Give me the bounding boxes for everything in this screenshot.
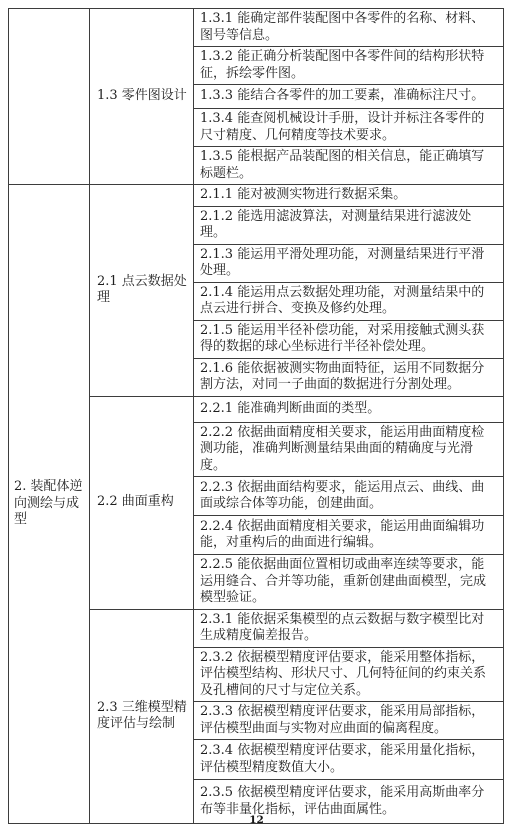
requirement-cell-1-3-1: 1.3.1 能确定部件装配图中各零件的名称、材料、图号等信息。 — [194, 9, 504, 47]
document-page: 1.3 零件图设计 1.3.1 能确定部件装配图中各零件的名称、材料、图号等信息… — [0, 0, 513, 833]
function-cell-2: 2. 装配体逆向测绘与成型 — [9, 185, 90, 824]
requirement-cell-2-1-5: 2.1.5 能运用半径补偿功能，对采用接触式测头获得的数据的球心坐标进行半径补偿… — [194, 320, 504, 358]
function-cell-continued — [9, 9, 90, 185]
requirement-cell-2-3-3: 2.3.3 依据模型精度评估要求，能采用局部指标，评估模型曲面与实物对应曲面的偏… — [194, 702, 504, 740]
requirement-cell-2-2-3: 2.2.3 依据曲面结构要求，能运用点云、曲线、曲面或综合体等功能，创建曲面。 — [194, 477, 504, 516]
requirement-cell-2-3-2: 2.3.2 依据模型精度评估要求，能采用整体指标，评估模型结构、形状尺寸、几何特… — [194, 647, 504, 702]
requirement-cell-1-3-2: 1.3.2 能正确分析装配图中各零件间的结构形状特征，拆绘零件图。 — [194, 47, 504, 85]
requirement-cell-1-3-4: 1.3.4 能查阅机械设计手册，设计并标注各零件的尺寸精度、几何精度等技术要求。 — [194, 109, 504, 147]
requirement-cell-2-3-1: 2.3.1 能依据采集模型的点云数据与数字模型比对生成精度偏差报告。 — [194, 609, 504, 647]
work-content-cell-2-2: 2.2 曲面重构 — [90, 396, 194, 609]
requirement-cell-2-2-2: 2.2.2 依据曲面精度相关要求，能运用曲面精度检测功能，准确判断测量结果曲面的… — [194, 422, 504, 477]
page-number: 12 — [0, 814, 513, 826]
work-content-cell-2-3: 2.3 三维模型精度评估与绘制 — [90, 609, 194, 824]
requirement-cell-2-1-3: 2.1.3 能运用平滑处理功能，对测量结果进行平滑处理。 — [194, 244, 504, 282]
requirement-cell-2-1-2: 2.1.2 能选用滤波算法，对测量结果进行滤波处理。 — [194, 206, 504, 244]
requirement-cell-2-2-5: 2.2.5 能依据曲面位置相切或曲率连续等要求，能运用缝合、合并等功能，重新创建… — [194, 555, 504, 610]
requirement-cell-2-3-4: 2.3.4 依据模型精度评估要求，能采用量化指标，评估模型精度数值大小。 — [194, 740, 504, 780]
work-content-cell-2-1: 2.1 点云数据处理 — [90, 185, 194, 397]
requirement-cell-2-2-4: 2.2.4 依据曲面精度相关要求，能运用曲面编辑功能，对重构后的曲面进行编辑。 — [194, 516, 504, 555]
skill-requirements-table: 1.3 零件图设计 1.3.1 能确定部件装配图中各零件的名称、材料、图号等信息… — [8, 8, 504, 824]
requirement-cell-1-3-5: 1.3.5 能根据产品装配图的相关信息，能正确填写标题栏。 — [194, 147, 504, 185]
work-content-cell-1-3: 1.3 零件图设计 — [90, 9, 194, 185]
requirement-cell-2-1-4: 2.1.4 能运用点云数据处理功能，对测量结果中的点云进行拼合、变换及修约处理。 — [194, 282, 504, 320]
requirement-cell-1-3-3: 1.3.3 能结合各零件的加工要素，准确标注尺寸。 — [194, 85, 504, 109]
requirement-cell-2-1-1: 2.1.1 能对被测实物进行数据采集。 — [194, 185, 504, 207]
requirement-cell-2-1-6: 2.1.6 能依据被测实物曲面特征，运用不同数据分割方法，对同一子曲面的数据进行… — [194, 358, 504, 396]
requirement-cell-2-2-1: 2.2.1 能准确判断曲面的类型。 — [194, 396, 504, 422]
